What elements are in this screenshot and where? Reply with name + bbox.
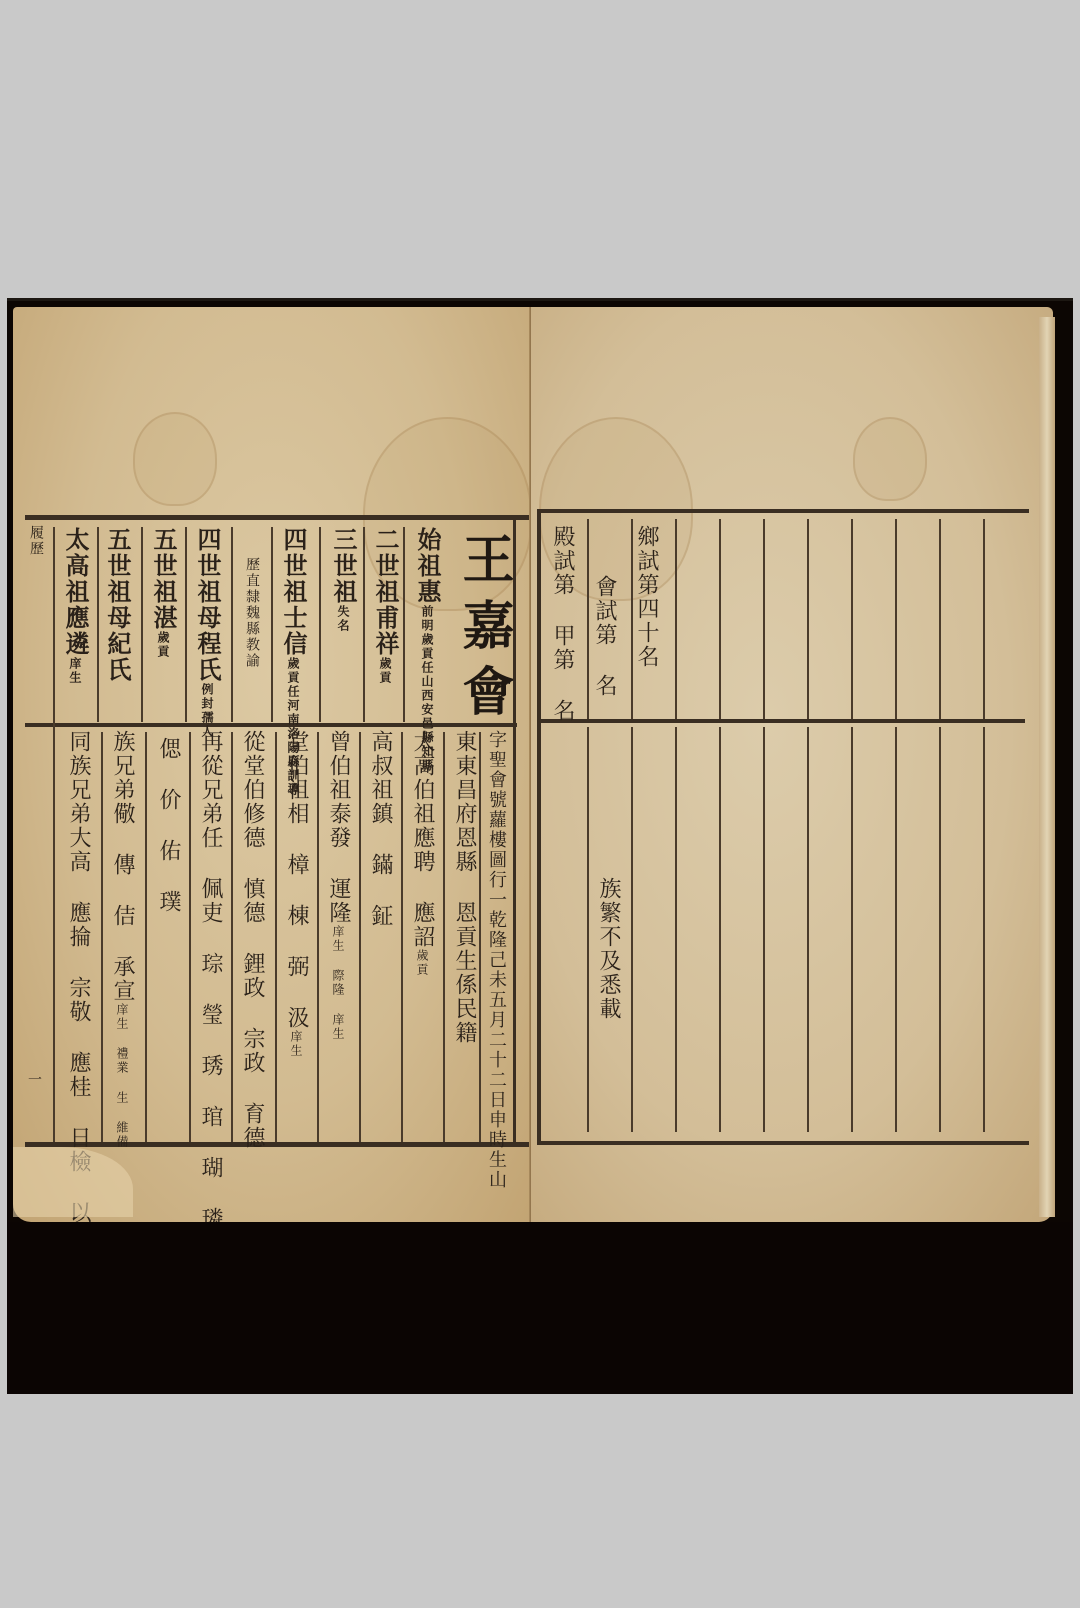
relative-column: 曾伯祖泰發 運隆庠生 際隆 庠生 xyxy=(327,730,349,1041)
middle-divider xyxy=(25,723,517,727)
ancestor-column: 五世祖湛歲貢 xyxy=(151,527,175,659)
palace-exam-rank: 殿試第 甲第 名 xyxy=(551,525,573,723)
relative-column: 堂伯祖相 樟 棟 弼 汲庠生 xyxy=(285,730,307,1058)
ancestor-column: 三世祖失名 xyxy=(331,527,355,633)
right-middle-divider xyxy=(541,719,1025,723)
scan-background xyxy=(7,1222,1073,1394)
left-page: 王嘉會 始祖惠前明歲貢任山西安邑縣知縣 二世祖甫祥歲貢 三世祖失名 四世祖士信歲… xyxy=(13,307,531,1222)
relative-column: 太高伯祖應聘 應詔歲貢 xyxy=(411,730,433,977)
ancestor-column: 四世祖母程氏例封孺人 xyxy=(195,527,219,739)
page-marker: 一 xyxy=(27,1072,41,1088)
top-border xyxy=(25,515,531,520)
ancestor-note: 歷直隸魏縣教諭 xyxy=(245,557,259,669)
birth-info-column: 字聖會號蘿樓圖行一乾隆己未五月二十二日申時生山 xyxy=(487,730,505,1190)
origin-column: 東東昌府恩縣 恩貢生係民籍 xyxy=(453,730,475,1045)
relative-column: 族兄弟儆 傳 佶 承宣庠生 禮業 生 維備 xyxy=(111,730,133,1149)
bottom-border xyxy=(25,1142,531,1147)
ancestor-column: 二世祖甫祥歲貢 xyxy=(373,527,397,685)
provincial-exam-rank: 鄉試第四十名 xyxy=(635,525,657,669)
ancestor-column: 五世祖母紀氏 xyxy=(105,527,129,683)
metropolitan-exam-rank: 會試第 名 xyxy=(593,575,615,698)
relative-column: 偲 价 佑 璞 xyxy=(157,737,179,914)
relative-column: 高叔祖鎮 鏋 鉦 xyxy=(369,730,391,928)
omission-note: 族繁不及悉載 xyxy=(597,877,619,1021)
margin-label: 履歷 xyxy=(29,525,43,557)
book-scan: 王嘉會 始祖惠前明歲貢任山西安邑縣知縣 二世祖甫祥歲貢 三世祖失名 四世祖士信歲… xyxy=(7,298,1073,1394)
ancestor-column: 太高祖應遴庠生 xyxy=(63,527,87,685)
relative-column: 從堂伯修德 慎德 鋰政 宗政 育德 xyxy=(241,730,263,1150)
right-page: 鄉試第四十名 會試第 名 殿試第 甲第 名 族繁不及悉載 xyxy=(531,307,1053,1222)
person-name-title: 王嘉會 xyxy=(457,532,509,730)
